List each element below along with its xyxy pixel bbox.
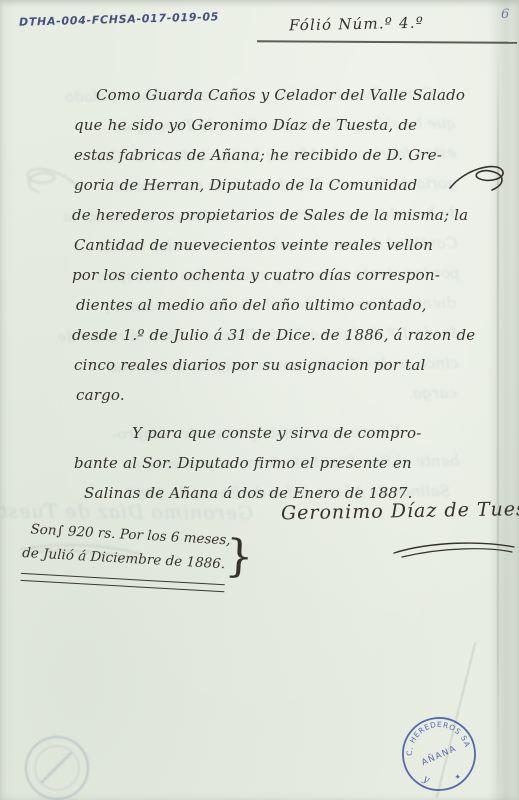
body-line: cargo. [76,386,125,404]
body-line: goria de Herran, Diputado de la Comunida… [74,176,417,194]
body-line: cinco reales diarios por su asignacion p… [74,356,426,374]
round-stamp-star-icon: ✦ [454,772,462,782]
body-line: estas fabricas de Añana; he recibido de … [74,146,442,164]
body-line: Cantidad de nuevecientos veinte reales v… [74,236,433,254]
body-text: Como Guarda Caños y Celador del Valle Sa… [0,0,519,800]
manuscript-page: Como Guarda Caños y Celador del Valle Sa… [0,0,519,800]
body-line: desde 1.º de Julio á 31 de Dice. de 1886… [72,326,475,344]
round-stamp-center-text: AÑANA [420,743,459,768]
body-line: por los ciento ochenta y cuatro días cor… [72,266,440,284]
signature: Geronimo Díaz de Tuesta [281,498,519,525]
herederos-salinas-round-stamp: C. HEREDEROS SALINAS AÑANA y ✦ [395,710,483,798]
body-line: que he sido yo Geronimo Díaz de Tuesta, … [74,116,417,134]
note-brace: } [224,530,255,582]
signature-rubric-icon [392,538,518,560]
faint-bleedthrough-stamp [18,733,96,800]
body-line: de herederos propietarios de Sales de la… [72,206,468,224]
closing-line: bante al Sor. Diputado firmo el presente… [74,454,412,472]
round-stamp-arc-text: C. HEREDEROS SALINAS [395,710,472,759]
body-line: dientes al medio año del año ultimo cont… [76,296,427,314]
pen-flourish-icon [448,162,510,196]
svg-text:C. HEREDEROS SALINAS: C. HEREDEROS SALINAS [395,710,472,759]
closing-line: Salinas de Añana á dos de Enero de 1887. [84,484,413,502]
closing-line: Y para que conste y sirva de compro- [132,424,422,442]
round-stamp-mark: y [420,773,431,786]
body-line: Como Guarda Caños y Celador del Valle Sa… [96,86,465,104]
